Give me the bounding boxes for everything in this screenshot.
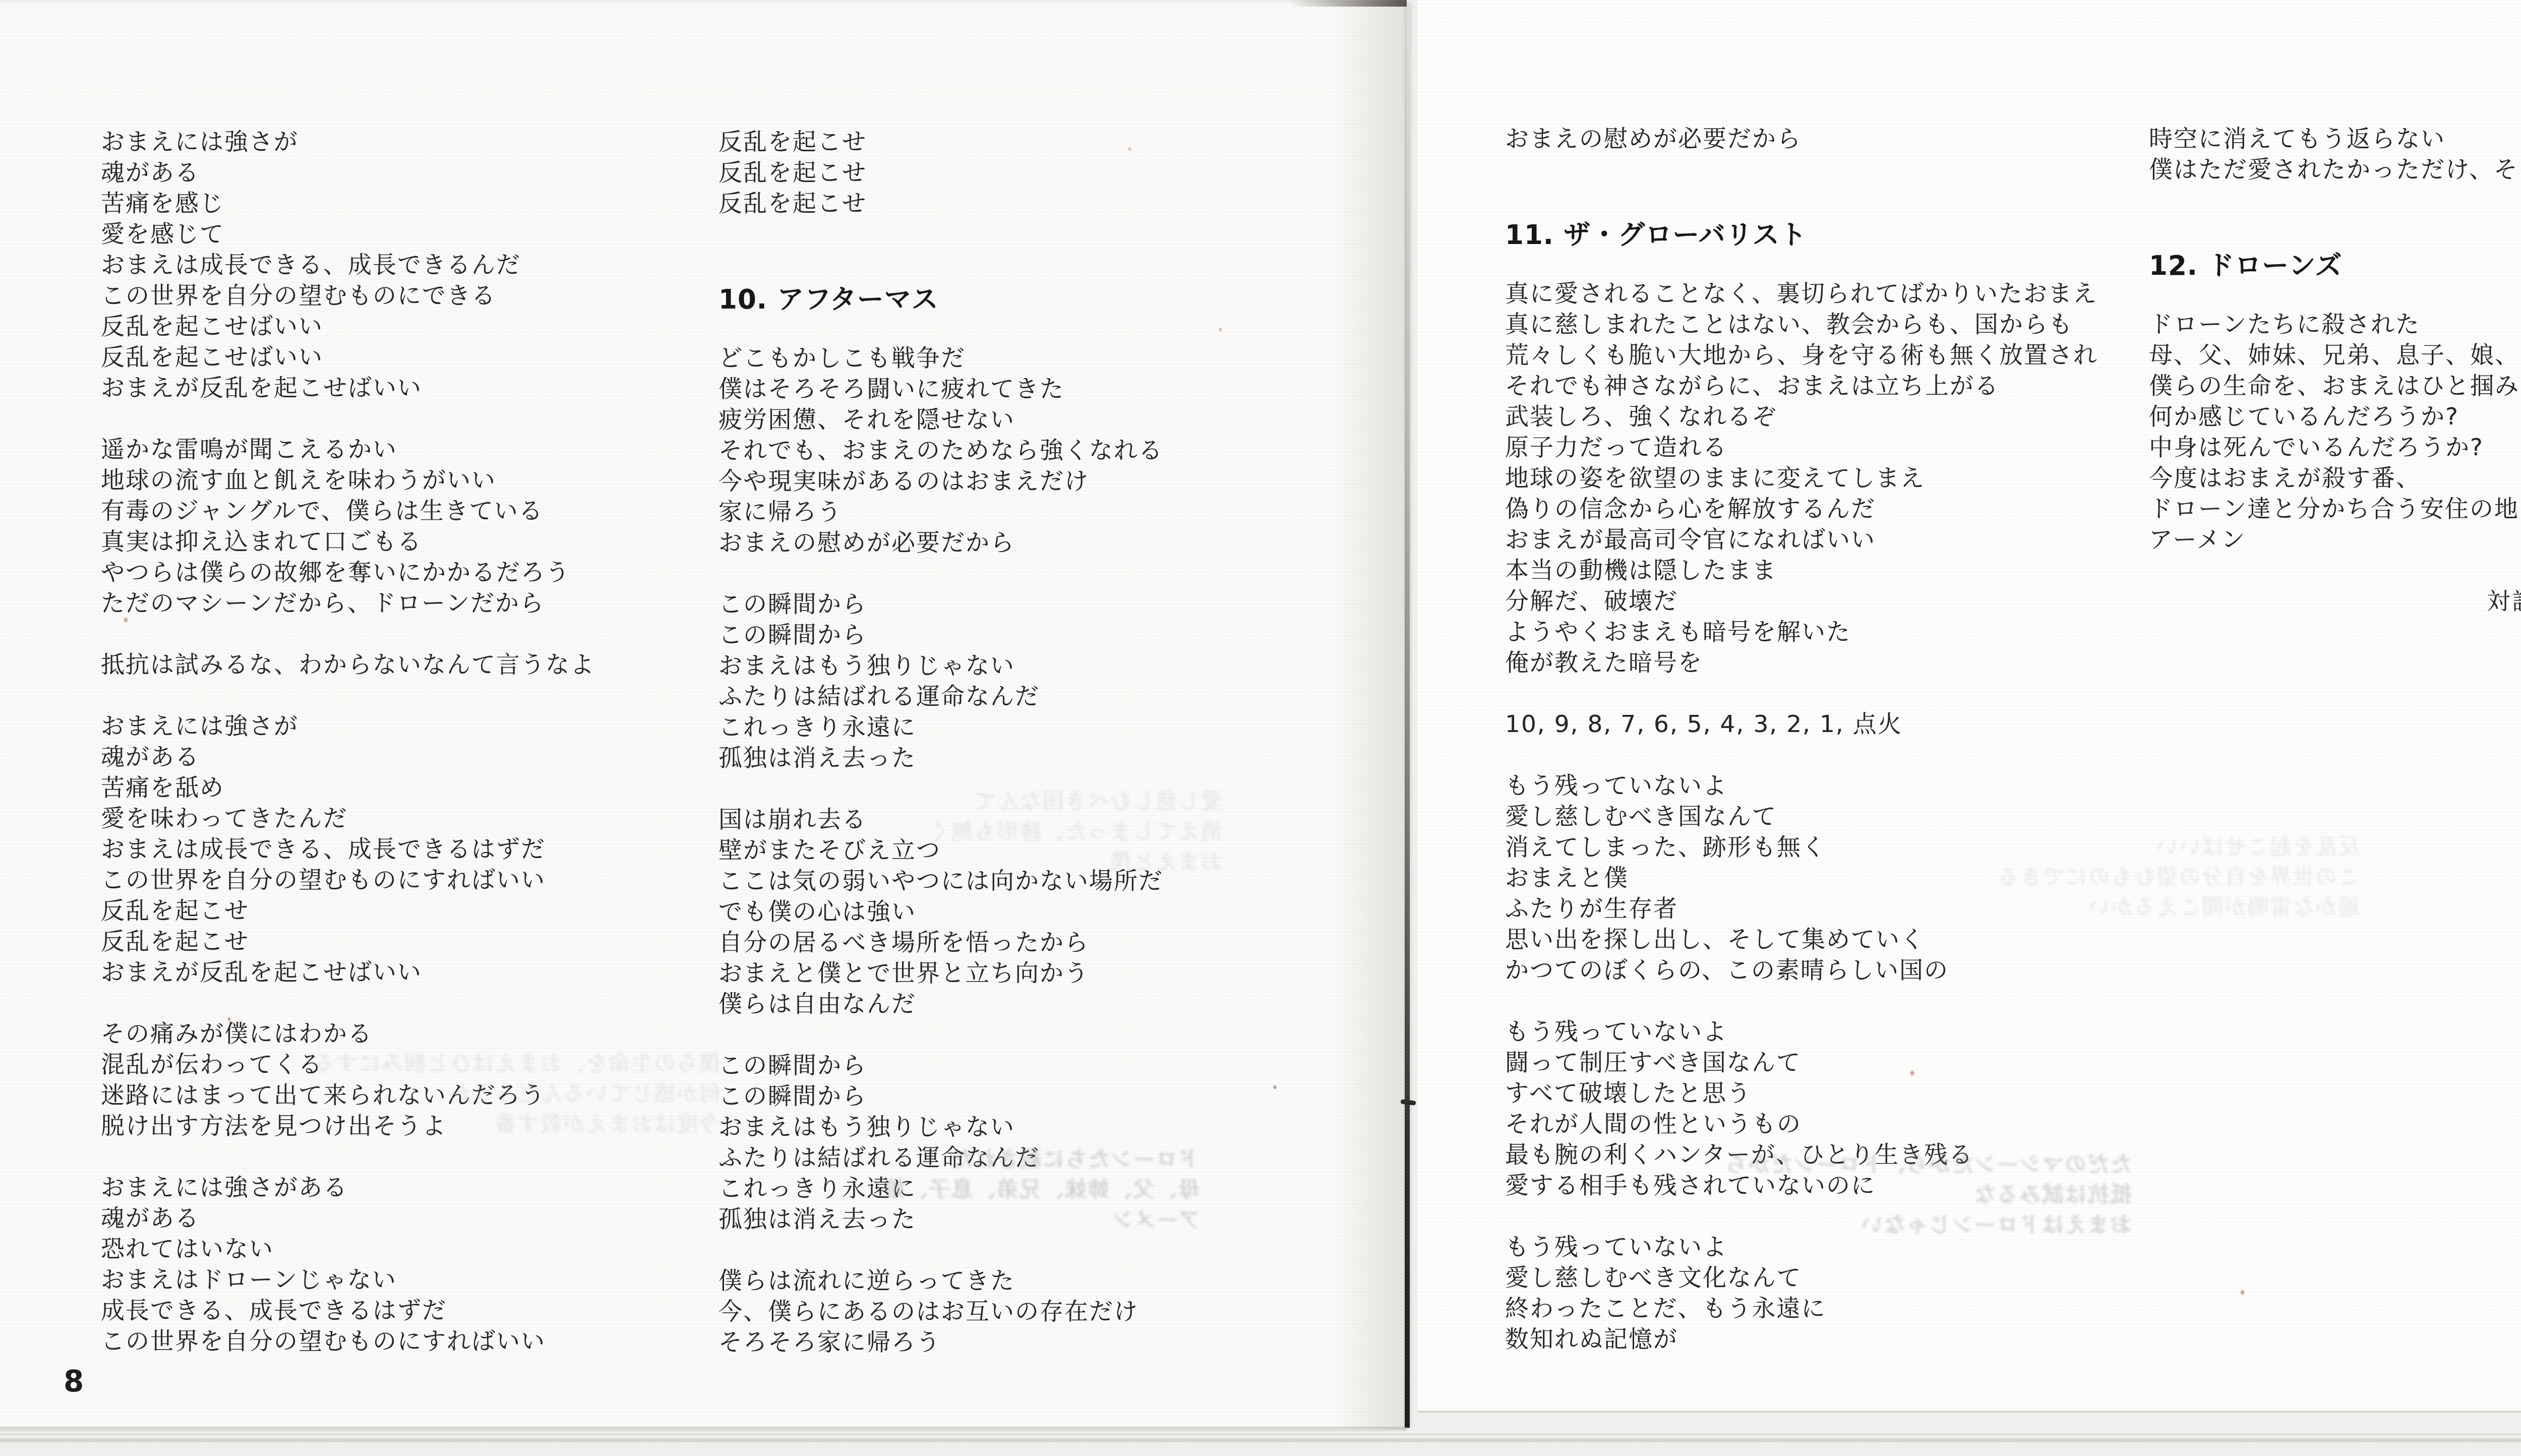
lyric-line: 遥かな雷鳴が聞こえるかい: [101, 434, 595, 465]
lyric-line: この瞬間から: [718, 620, 1163, 650]
lyric-line: 家に帰ろう: [718, 497, 1163, 527]
lyric-line: 消えてしまった、跡形も無く: [1505, 832, 2098, 863]
lyric-line: おまえが最高司令官になればいい: [1505, 524, 2098, 555]
lyric-line: 真実は抑え込まれて口ごもる: [101, 526, 595, 557]
lyric-line: おまえはドローンじゃない: [101, 1264, 595, 1295]
lyric-line: この瞬間から: [718, 589, 1163, 620]
lyric-stanza: おまえの慰めが必要だから: [1505, 124, 2098, 154]
lyric-line: ふたりが生存者: [1505, 893, 2098, 924]
lyric-line: 苦痛を舐め: [101, 772, 595, 803]
lyric-line: 中身は死んでいるんだろうか?: [2149, 432, 2521, 463]
lyric-stanza: 真に愛されることなく、裏切られてばかりいたおまえ真に慈しまれたことはない、教会か…: [1505, 278, 2098, 678]
lyric-line: 恐れてはいない: [101, 1234, 595, 1264]
lyric-line: 国は崩れ去る: [718, 804, 1163, 835]
lyric-line: おまえは成長できる、成長できるはずだ: [101, 834, 595, 865]
lyric-line: 地球の流す血と飢えを味わうがいい: [101, 465, 595, 496]
song-title-heading: 11. ザ・グローバリスト: [1505, 220, 2098, 251]
lyric-line: おまえはもう独りじゃない: [718, 650, 1163, 681]
gutter-top-shadow: [1289, 0, 1407, 7]
lyric-line: 時空に消えてもう返らない: [2149, 124, 2521, 154]
lyric-stanza: 国は崩れ去る壁がまたそびえ立つここは気の弱いやつには向かない場所だでも僕の心は強…: [718, 804, 1163, 1019]
lyrics-column-left-2: 反乱を起こせ反乱を起こせ反乱を起こせ10. アフターマスどこもかしこも戦争だ僕は…: [718, 127, 1163, 1388]
lyric-line: おまえには強さが: [101, 711, 595, 742]
lyric-line: 孤独は消え去った: [718, 743, 1163, 773]
lyric-line: 今や現実味があるのはおまえだけ: [718, 466, 1163, 497]
lyric-stanza: 僕らは流れに逆らってきた今、僕らにあるのはお互いの存在だけそろそろ家に帰ろう: [718, 1265, 1163, 1358]
lyric-line: 愛し慈しむべき国なんて: [1505, 801, 2098, 832]
lyrics-column-left-1: おまえには強さが魂がある苦痛を感じ愛を感じておまえは成長できる、成長できるんだこ…: [101, 127, 595, 1387]
gutter-inner-shadow: [1331, 3, 1407, 1430]
lyric-line: 数知れぬ記憶が: [1505, 1324, 2098, 1355]
lyric-line: ようやくおまえも暗号を解いた: [1505, 617, 2098, 647]
lyric-line: 今度はおまえが殺す番、: [2149, 463, 2521, 494]
lyric-stanza: ドローンたちに殺された母、父、姉妹、兄弟、息子、娘、ドローンたちに殺された僕らの…: [2149, 309, 2521, 555]
lyric-stanza: もう残っていないよ闘って制圧すべき国なんてすべて破壊したと思うそれが人間の性とい…: [1505, 1016, 2098, 1201]
lyric-line: おまえはもう独りじゃない: [718, 1112, 1163, 1142]
lyric-line: 僕らの生命を、おまえはひと掴みにする: [2149, 371, 2521, 401]
lyric-line: でも僕の心は強い: [718, 896, 1163, 927]
lyric-stanza: もう残っていないよ愛し慈しむべき国なんて消えてしまった、跡形も無くおまえと僕ふた…: [1505, 770, 2098, 986]
left-page-bottom-shadow: [0, 1427, 1407, 1433]
lyric-line: 愛し慈しむべき文化なんて: [1505, 1262, 2098, 1293]
lyric-line: 疲労困憊、それを隠せない: [718, 404, 1163, 435]
lyric-line: 脱け出す方法を見つけ出そうよ: [101, 1111, 595, 1141]
lyric-line: 荒々しくも脆い大地から、身を守る術も無く放置され: [1505, 340, 2098, 371]
lyric-line: その痛みが僕にはわかる: [101, 1018, 595, 1049]
lyric-line: 成長できる、成長できるはずだ: [101, 1295, 595, 1326]
lyric-line: 僕らは流れに逆らってきた: [718, 1265, 1163, 1296]
lyric-line: それでも、おまえのためなら強くなれる: [718, 435, 1163, 466]
right-page-bottom-edge: [1418, 1411, 2521, 1413]
lyric-line: 俺が教えた暗号を: [1505, 647, 2098, 678]
lyric-line: 最も腕の利くハンターが、ひとり生き残る: [1505, 1139, 2098, 1170]
lyric-stanza: おまえには強さが魂がある苦痛を感じ愛を感じておまえは成長できる、成長できるんだこ…: [101, 127, 595, 403]
lyric-line: そろそろ家に帰ろう: [718, 1327, 1163, 1358]
lyric-stanza: 抵抗は試みるな、わからないなんて言うなよ: [101, 649, 595, 680]
lyric-line: この世界を自分の望むものにできる: [101, 280, 595, 311]
lyric-line: おまえは成長できる、成長できるんだ: [101, 250, 595, 280]
lyric-line: 魂がある: [101, 742, 595, 772]
lyric-line: ただのマシーンだから、ドローンだから: [101, 588, 595, 619]
lyric-line: 真に慈しまれたことはない、教会からも、国からも: [1505, 309, 2098, 340]
lyric-line: それでも神さながらに、おまえは立ち上がる: [1505, 371, 2098, 401]
lyrics-column-right-1: おまえの慰めが必要だから11. ザ・グローバリスト真に愛されることなく、裏切られ…: [1505, 124, 2098, 1385]
lyric-line: 反乱を起こせ: [718, 188, 1163, 219]
lyric-line: 武装しろ、強くなれるぞ: [1505, 401, 2098, 432]
lyric-line: 反乱を起こせ: [718, 127, 1163, 157]
right-page: おまえの慰めが必要だから11. ザ・グローバリスト真に愛されることなく、裏切られ…: [1418, 0, 2521, 1412]
lyric-line: すべて破壊したと思う: [1505, 1078, 2098, 1109]
lyric-stanza: どこもかしこも戦争だ僕はそろそろ闘いに疲れてきた疲労困憊、それを隠せないそれでも…: [718, 343, 1163, 558]
lyric-line: 原子力だって造れる: [1505, 432, 2098, 463]
lyric-line: 僕はそろそろ闘いに疲れてきた: [718, 374, 1163, 404]
lyric-line: ふたりは結ばれる運命なんだ: [718, 681, 1163, 712]
lyric-stanza: もう残っていないよ愛し慈しむべき文化なんて終わったことだ、もう永遠に数知れぬ記憶…: [1505, 1232, 2098, 1355]
lyric-line: ここは気の弱いやつには向かない場所だ: [718, 866, 1163, 896]
lyric-line: 孤独は消え去った: [718, 1204, 1163, 1235]
lyric-line: 思い出を探し出し、そして集めていく: [1505, 924, 2098, 955]
lyric-stanza: この瞬間からこの瞬間からおまえはもう独りじゃないふたりは結ばれる運命なんだこれっ…: [718, 589, 1163, 773]
song-title-heading: 12. ドローンズ: [2149, 251, 2521, 281]
page-number: 8: [64, 1364, 84, 1399]
lyric-line: 苦痛を感じ: [101, 188, 595, 219]
lyric-line: 自分の居るべき場所を悟ったから: [718, 927, 1163, 958]
lyric-line: 僕らは自由なんだ: [718, 989, 1163, 1019]
lyric-line: ドローンたちに殺された: [2149, 309, 2521, 340]
lyric-line: 母、父、姉妹、兄弟、息子、娘、ドローンたちに殺された: [2149, 340, 2521, 371]
scanner-band: [0, 1434, 2521, 1435]
left-page: おまえには強さが魂がある苦痛を感じ愛を感じておまえは成長できる、成長できるんだこ…: [0, 3, 1407, 1430]
countdown-line: 10, 9, 8, 7, 6, 5, 4, 3, 2, 1, 点火: [1505, 709, 2098, 740]
lyric-line: おまえには強さが: [101, 127, 595, 157]
lyric-line: これっきり永遠に: [718, 712, 1163, 743]
lyric-line: ドローン達と分かち合う安住の地を背に: [2149, 494, 2521, 524]
lyric-line: おまえが反乱を起こせばいい: [101, 957, 595, 988]
lyric-line: 反乱を起こせばいい: [101, 342, 595, 373]
lyric-line: かつてのぼくらの、この素晴らしい国の: [1505, 955, 2098, 986]
lyric-line: 魂がある: [101, 157, 595, 188]
lyric-line: 反乱を起こせばいい: [101, 311, 595, 342]
lyric-line: もう残っていないよ: [1505, 1232, 2098, 1262]
lyric-line: これっきり永遠に: [718, 1173, 1163, 1204]
lyric-line: 何か感じているんだろうか?: [2149, 401, 2521, 432]
lyric-line: 真に愛されることなく、裏切られてばかりいたおまえ: [1505, 278, 2098, 309]
lyric-line: どこもかしこも戦争だ: [718, 343, 1163, 374]
lyrics-column-right-2: 時空に消えてもう返らない僕はただ愛されたかっただけ、その必要があっただけ12. …: [2149, 124, 2521, 617]
lyric-stanza: おまえには強さがある魂がある恐れてはいないおまえはドローンじゃない成長できる、成…: [101, 1172, 595, 1357]
lyric-line: この瞬間から: [718, 1081, 1163, 1112]
lyric-line: おまえには強さがある: [101, 1172, 595, 1203]
scanned-booklet-spread: { "document_type": "cd-booklet-lyrics-sc…: [0, 0, 2521, 1456]
lyric-line: 反乱を起こせ: [101, 895, 595, 926]
lyric-line: 闘って制圧すべき国なんて: [1505, 1047, 2098, 1078]
dust-speck: [228, 1017, 230, 1021]
lyric-stanza: 反乱を起こせ反乱を起こせ反乱を起こせ: [718, 127, 1163, 219]
lyric-line: おまえと僕: [1505, 863, 2098, 893]
lyric-line: 愛する相手も残されていないのに: [1505, 1170, 2098, 1201]
countdown-stanza: 10, 9, 8, 7, 6, 5, 4, 3, 2, 1, 点火: [1505, 709, 2098, 740]
lyric-line: 分解だ、破壊だ: [1505, 586, 2098, 617]
lyric-line: 混乱が伝わってくる: [101, 1049, 595, 1080]
lyric-line: 本当の動機は隠したまま: [1505, 555, 2098, 586]
lyric-line: 偽りの信念から心を解放するんだ: [1505, 494, 2098, 524]
lyric-line: 愛を味わってきたんだ: [101, 803, 595, 834]
lyric-stanza: この瞬間からこの瞬間からおまえはもう独りじゃないふたりは結ばれる運命なんだこれっ…: [718, 1050, 1163, 1235]
lyric-line: 迷路にはまって出て来られないんだろう: [101, 1080, 595, 1111]
scanner-band: [0, 1438, 2521, 1442]
lyric-line: ふたりは結ばれる運命なんだ: [718, 1142, 1163, 1173]
lyric-stanza: 時空に消えてもう返らない僕はただ愛されたかっただけ、その必要があっただけ: [2149, 124, 2521, 185]
lyric-stanza: その痛みが僕にはわかる混乱が伝わってくる迷路にはまって出て来られないんだろう脱け…: [101, 1018, 595, 1141]
page-gutter-shadow: [1405, 3, 1410, 1428]
lyric-line: 反乱を起こせ: [718, 157, 1163, 188]
lyric-line: この瞬間から: [718, 1050, 1163, 1081]
lyric-line: もう残っていないよ: [1505, 770, 2098, 801]
lyric-line: 壁がまたそびえ立つ: [718, 835, 1163, 866]
lyric-line: おまえが反乱を起こせばいい: [101, 373, 595, 403]
lyric-line: この世界を自分の望むものにすればいい: [101, 1326, 595, 1357]
lyric-line: 今、僕らにあるのはお互いの存在だけ: [718, 1296, 1163, 1327]
lyric-line: やつらは僕らの故郷を奪いにかかるだろう: [101, 557, 595, 588]
lyric-stanza: おまえには強さが魂がある苦痛を舐め愛を味わってきたんだおまえは成長できる、成長で…: [101, 711, 595, 988]
lyric-line: 抵抗は試みるな、わからないなんて言うなよ: [101, 649, 595, 680]
lyric-line: もう残っていないよ: [1505, 1016, 2098, 1047]
lyric-line: 有毒のジャングルで、僕らは生きている: [101, 496, 595, 526]
lyric-line: 地球の姿を欲望のままに変えてしまえ: [1505, 463, 2098, 494]
translator-credit: 対訳:染谷和美: [2149, 586, 2521, 617]
lyric-line: アーメン: [2149, 524, 2521, 555]
lyric-line: おまえの慰めが必要だから: [1505, 124, 2098, 154]
lyric-line: 終わったことだ、もう永遠に: [1505, 1293, 2098, 1324]
lyric-stanza: 遥かな雷鳴が聞こえるかい地球の流す血と飢えを味わうがいい有毒のジャングルで、僕ら…: [101, 434, 595, 619]
lyric-line: 反乱を起こせ: [101, 926, 595, 957]
lyric-line: おまえと僕とで世界と立ち向かう: [718, 958, 1163, 989]
lyric-line: 愛を感じて: [101, 219, 595, 250]
lyric-line: 魂がある: [101, 1203, 595, 1234]
lyric-line: おまえの慰めが必要だから: [718, 527, 1163, 558]
song-title-heading: 10. アフターマス: [718, 284, 1163, 315]
lyric-line: 僕はただ愛されたかっただけ、その必要があっただけ: [2149, 154, 2521, 185]
lyric-line: それが人間の性というもの: [1505, 1109, 2098, 1139]
lyric-line: この世界を自分の望むものにすればいい: [101, 865, 595, 895]
